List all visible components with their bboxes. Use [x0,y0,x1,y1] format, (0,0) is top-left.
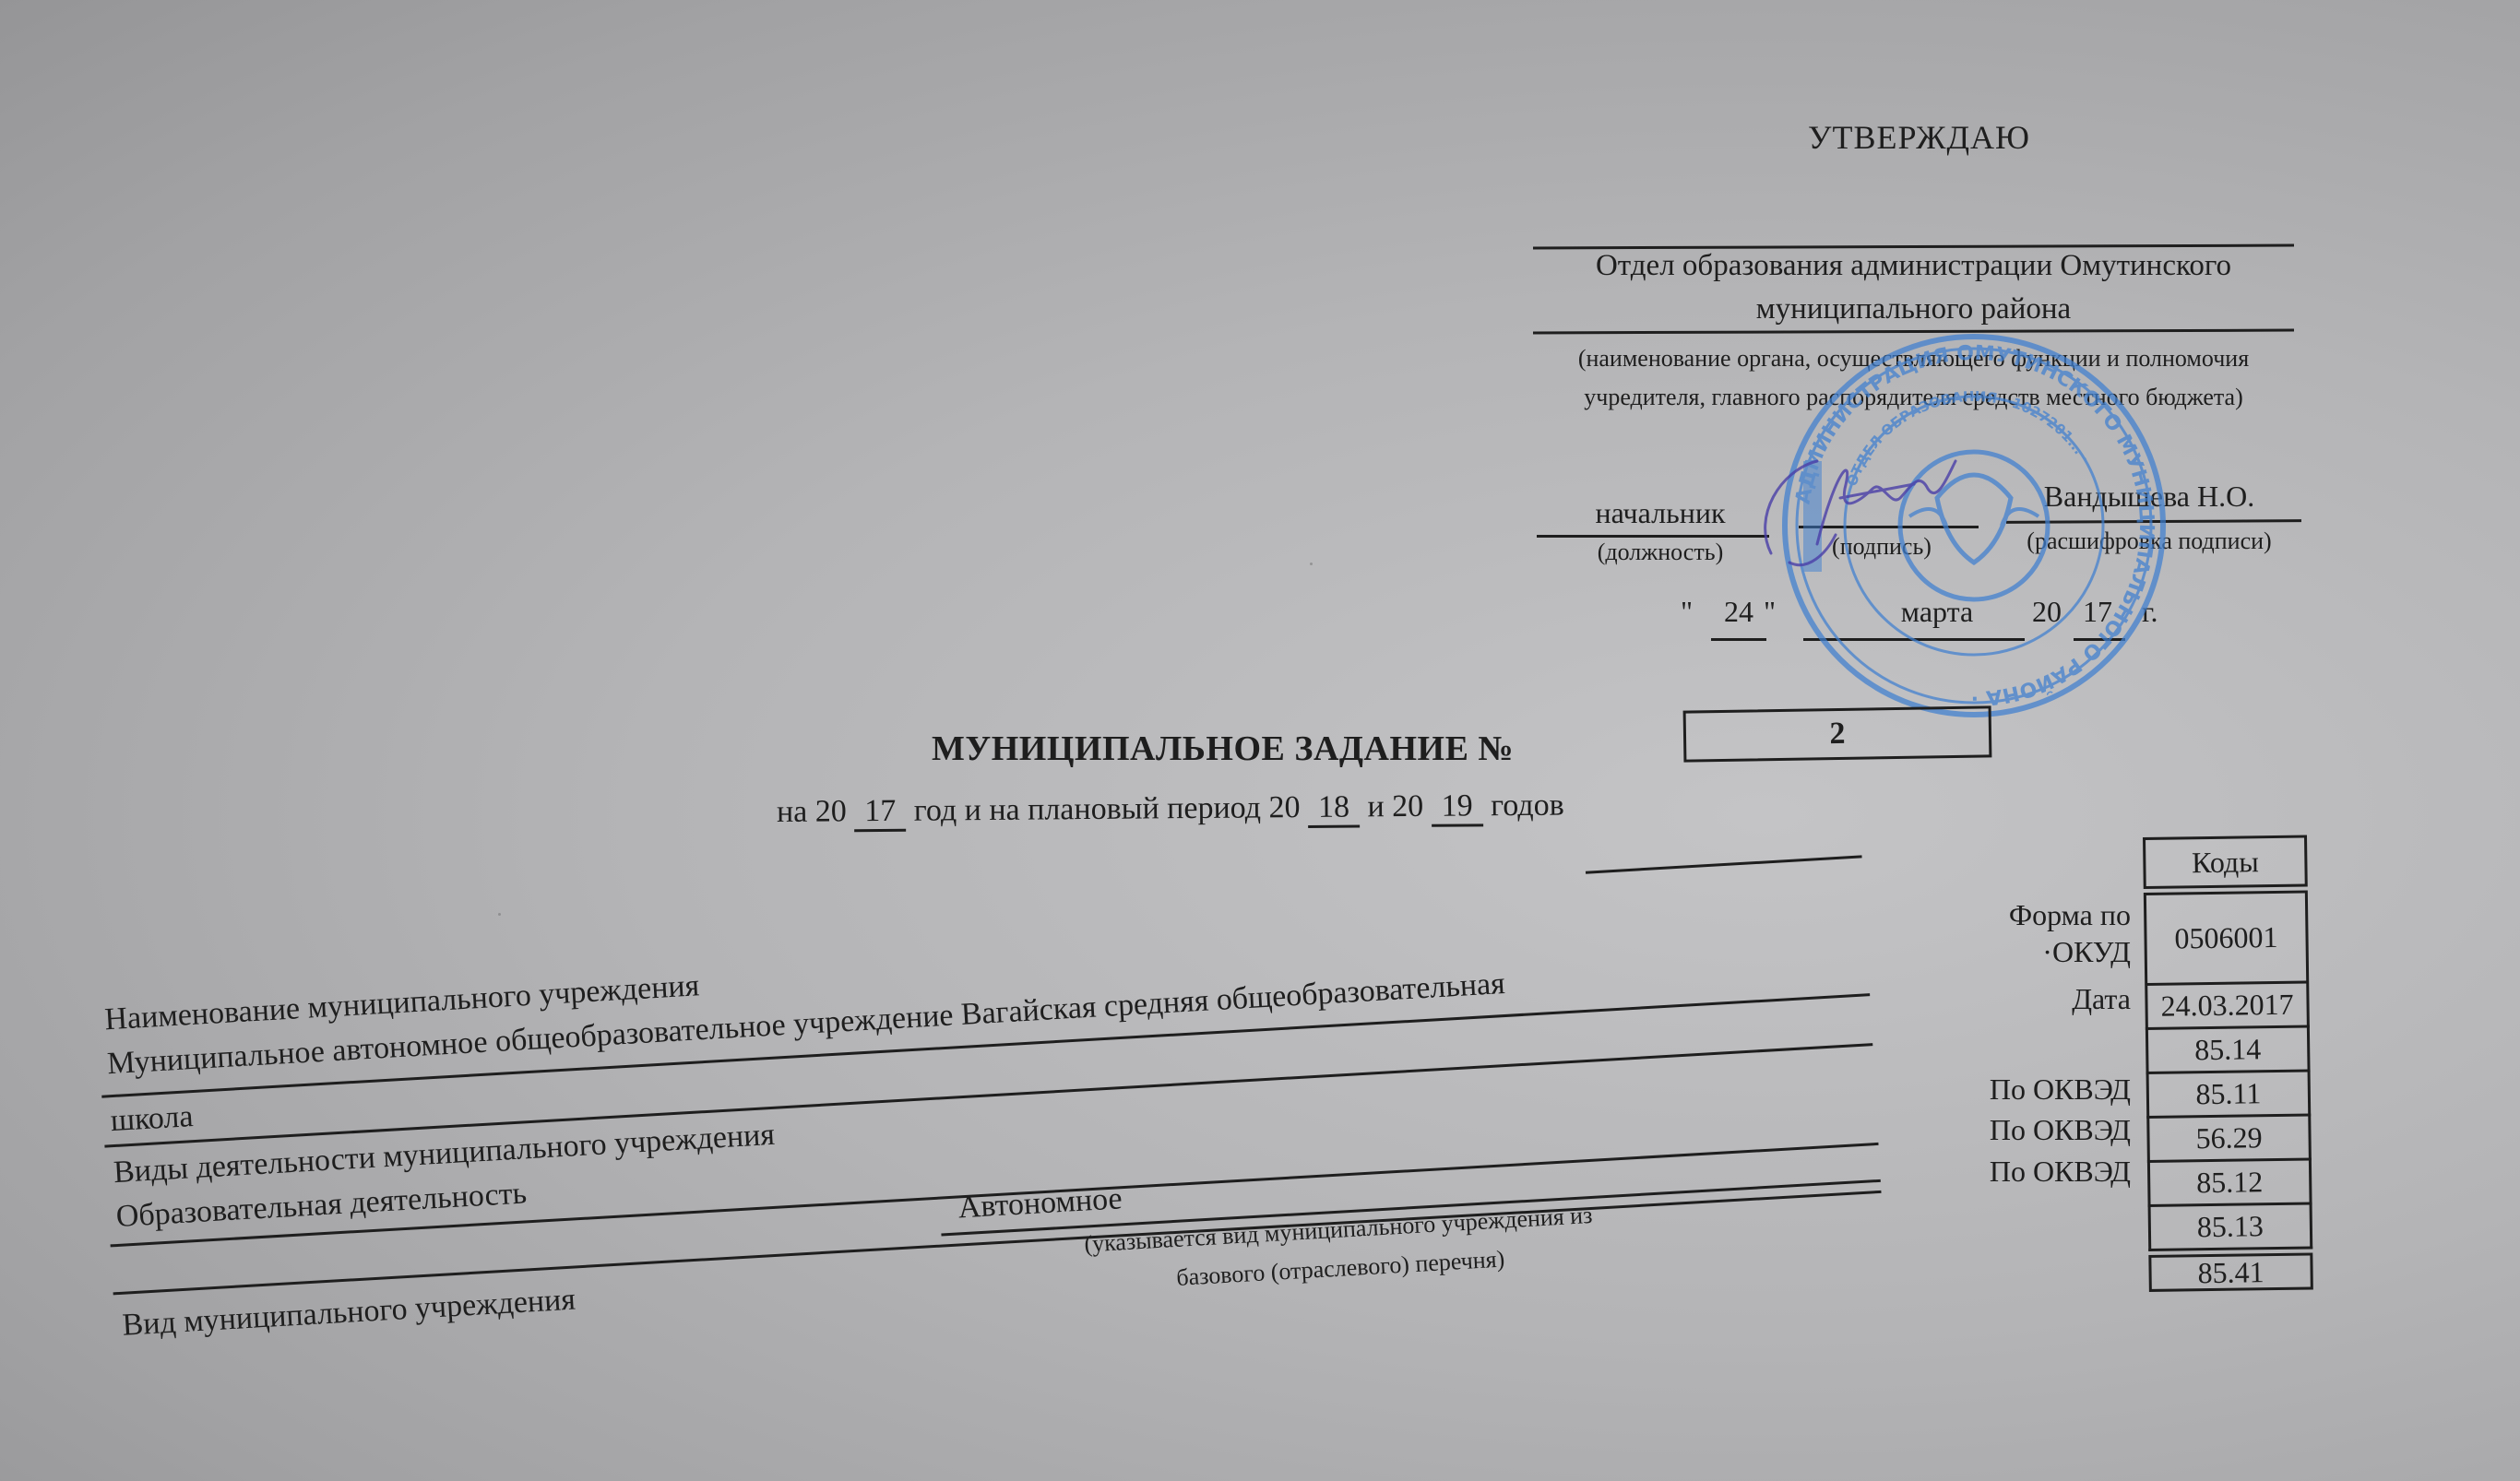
code-okved-4: 85.12 [2147,1160,2312,1206]
signature-caption: (подпись) [1808,533,1955,561]
date-year-rule [2074,638,2125,641]
paper-speck [498,913,501,916]
paper-speck [1310,563,1313,565]
period-year2: 18 [1308,789,1360,827]
code-okved-5: 85.13 [2148,1204,2313,1250]
institution-type-caption: (указывается вид муниципального учрежден… [1079,1196,1599,1302]
institution-type-label: Вид муниципального учреждения [122,1283,577,1344]
date-label: Дата [1928,982,2131,1016]
organization-caption: (наименование органа, осуществляющего фу… [1533,339,2294,416]
approval-date-century: 20 [2032,595,2062,629]
code-okved-2: 85.11 [2146,1072,2312,1118]
document-number: 2 [1683,705,1992,762]
okved-label-1: По ОКВЭД [1928,1072,2131,1107]
signer-name-rule [2006,519,2301,524]
okved-label-3: По ОКВЭД [1928,1155,2131,1189]
period-middle: год и на плановый период 20 [914,790,1301,828]
institution-name-value-cont: школа [110,1099,195,1139]
organization-name-line1: Отдел образования администрации Омутинск… [1533,249,2294,283]
code-date: 24.03.2017 [2145,983,2310,1029]
approval-heading: УТВЕРЖДАЮ [1808,118,2029,157]
activities-label: Виды деятельности муниципального учрежде… [113,1118,776,1191]
date-day-rule [1711,638,1766,641]
okud-label-line2: ·ОКУД [1928,933,2131,970]
signer-name: Вандышева Н.О. [2011,480,2288,514]
okud-label-line1: Форма по [1928,896,2131,933]
date-quote-open: " [1681,595,1693,629]
signer-name-caption: (расшифровка подписи) [1992,527,2306,555]
code-okud: 0506001 [2144,891,2309,986]
planning-period-line: на 20 17 год и на плановый период 20 18 … [777,788,1564,833]
organization-bottom-rule [1533,329,2294,335]
signer-position: начальник [1550,496,1771,530]
institution-form: Наименование муниципального учреждения М… [92,829,1892,1318]
approval-date-suffix: г. [2142,595,2158,629]
position-rule [1537,535,1769,538]
approval-date-year: 17 [2074,595,2122,629]
date-quote-close: " [1764,595,1776,629]
period-prefix: на 20 [777,794,847,829]
period-year3: 19 [1432,788,1483,826]
approval-date-month: марта [1854,595,2020,629]
code-okved-3: 56.29 [2146,1116,2312,1162]
code-okved-6: 85.41 [2148,1252,2313,1291]
period-suffix: годов [1491,788,1564,823]
date-month-rule [1803,638,2025,641]
okved-label-2: По ОКВЭД [1928,1113,2131,1147]
document-number-value: 2 [1829,717,1846,752]
approval-date-day: 24 [1716,595,1762,629]
codes-header: Коды [2143,835,2308,889]
document-title: МУНИЦИПАЛЬНОЕ ЗАДАНИЕ № [932,729,1514,769]
signature-rule [1799,526,1979,528]
codes-table: Коды 0506001 24.03.2017 85.14 85.11 56.2… [2143,835,2313,1292]
okud-label: Форма по ·ОКУД [1928,896,2131,970]
period-and: и 20 [1367,789,1423,824]
position-caption: (должность) [1550,539,1771,566]
period-year1: 17 [854,794,906,832]
institution-type-value: Автономное [957,1181,1123,1226]
organization-name-line2: муниципального района [1533,292,2294,326]
code-okved-1: 85.14 [2146,1027,2311,1073]
form-rule-top [1586,855,1862,873]
